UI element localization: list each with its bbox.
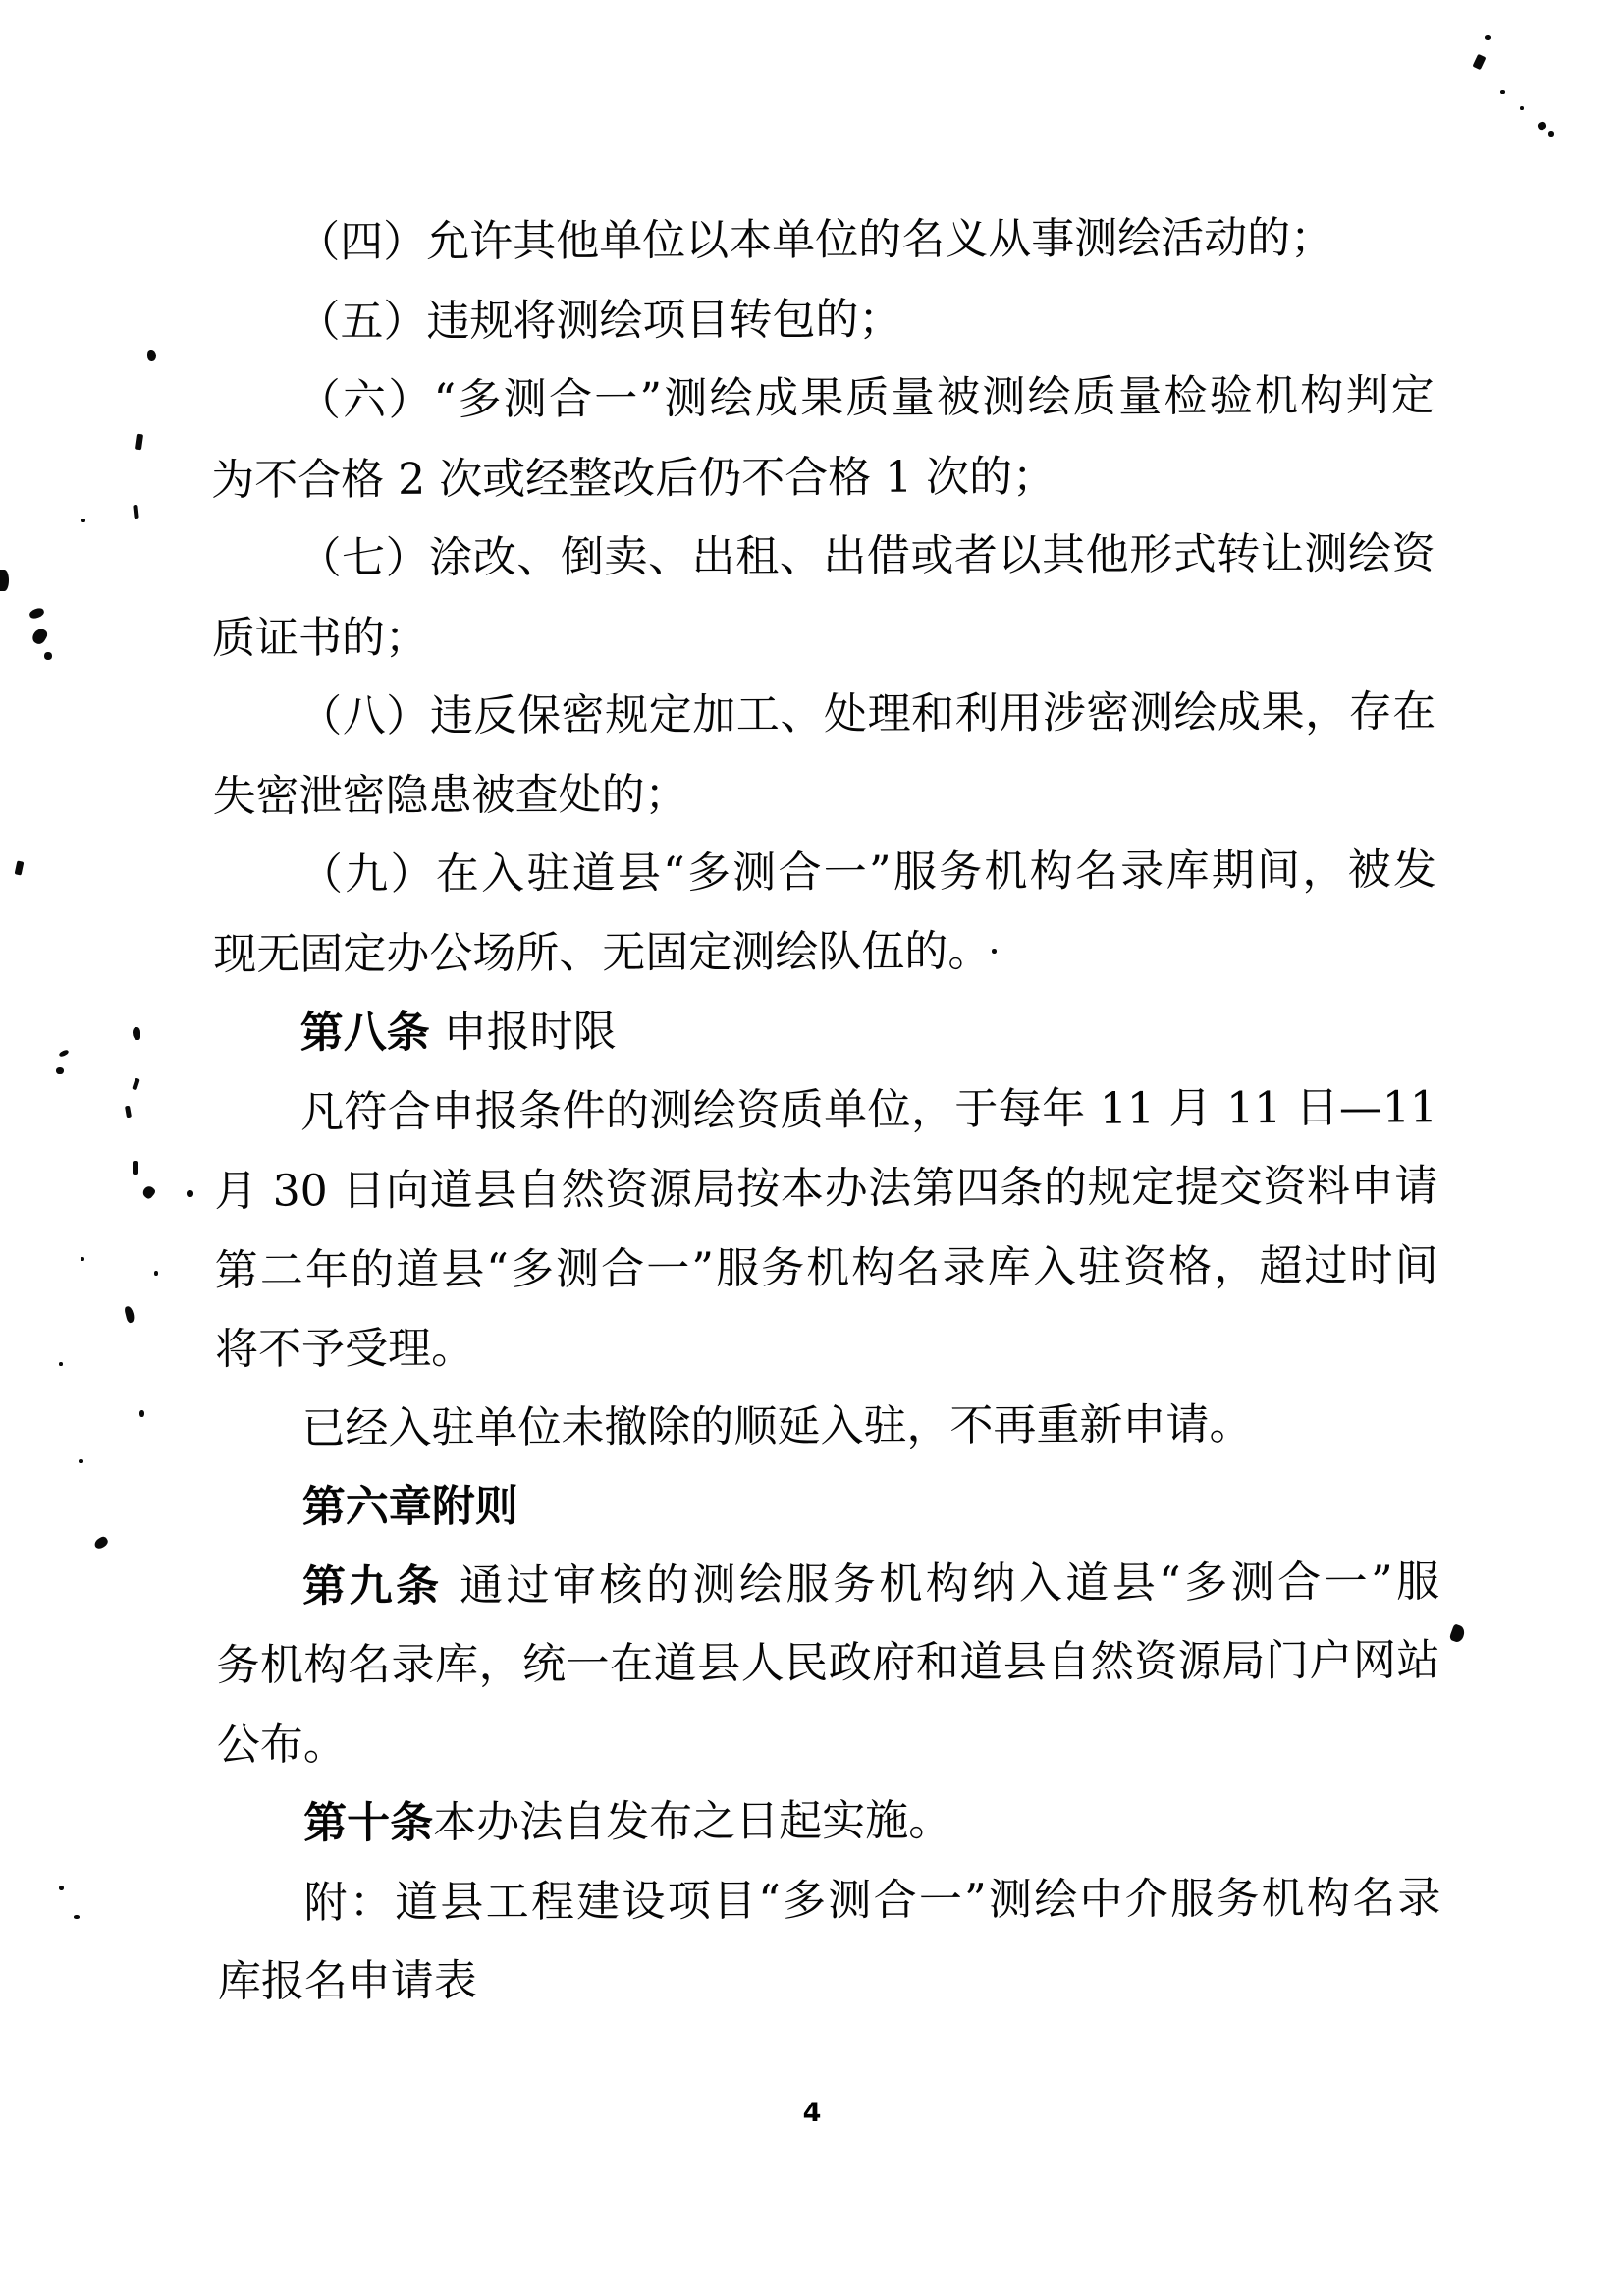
text-line-22: 附：道县工程建设项目“多测合一”测绘中介服务机构名录 (217, 1859, 1440, 1943)
text-line-23: 库报名申请表 (218, 1938, 1441, 2022)
scan-noise (133, 1027, 140, 1040)
scan-noise (44, 652, 52, 660)
scan-noise (125, 1106, 132, 1119)
scan-noise (15, 860, 25, 875)
text-line-15: 将不予受理。 (215, 1305, 1438, 1390)
scan-noise (187, 1190, 193, 1197)
scan-noise (81, 1257, 84, 1261)
text-line-6: 质证书的； (212, 594, 1435, 679)
scan-noise (1472, 54, 1486, 70)
text-line-16: 已经入驻单位未撤除的顺延入驻，不再重新申请。 (215, 1385, 1438, 1469)
text-line-2: （五）违规将测绘项目转包的； (210, 278, 1434, 362)
text-run: 公布。 (217, 1720, 347, 1771)
text-run-bold: 第六章附则 (302, 1481, 518, 1532)
text-run: 月 30 日向道县自然资源局按本办法第四条的规定提交资料申请 (214, 1161, 1437, 1216)
text-run: 附：道县工程建设项目“多测合一”测绘中介服务机构名录 (303, 1873, 1440, 1928)
scan-noise (1537, 121, 1547, 131)
text-line-12: 凡符合申报条件的测绘资质单位，于每年 11 月 11 日—11 (214, 1068, 1437, 1153)
scan-noise (132, 1078, 139, 1091)
text-run: （六）“多测合一”测绘成果质量被测绘质量检验机构判定 (298, 370, 1435, 425)
scan-noise (81, 519, 85, 522)
text-run: （五）违规将测绘项目转包的； (297, 294, 901, 347)
text-run: 务机构名录库，统一在道县人民政府和道县自然资源局门户网站 (216, 1635, 1439, 1690)
scan-noise (147, 350, 156, 361)
scan-noise (58, 1049, 69, 1058)
scan-noise (1500, 90, 1505, 94)
text-run: 申报时限 (430, 1007, 617, 1058)
scan-noise (1520, 106, 1524, 110)
text-line-7: （八）违反保密规定加工、处理和利用涉密测绘成果，存在 (212, 673, 1435, 757)
text-line-8: 失密泄密隐患被查处的； (212, 752, 1435, 837)
scan-noise (139, 1410, 144, 1417)
text-run: 库报名申请表 (218, 1956, 477, 2007)
text-line-21: 第十条本办法自发布之日起实施。 (217, 1779, 1440, 1864)
text-line-4: 为不合格 2 次或经整改后仍不合格 1 次的； (211, 436, 1435, 520)
scan-noise (1448, 1623, 1466, 1643)
scan-noise (1485, 35, 1491, 40)
scan-noise (135, 434, 143, 451)
scan-noise (1548, 131, 1554, 137)
scan-noise (154, 1271, 158, 1276)
text-line-5: （七）涂改、倒卖、出租、出借或者以其他形式转让测绘资 (211, 515, 1435, 599)
text-line-9: （九）在入驻道县“多测合一”服务机构名录库期间，被发 (213, 831, 1436, 915)
text-run: （四）允许其他单位以本单位的名义从事测绘活动的； (297, 213, 1333, 268)
text-run: 为不合格 2 次或经整改后仍不合格 1 次的； (211, 451, 1056, 505)
scan-noise (133, 505, 138, 519)
text-line-13: 月 30 日向道县自然资源局按本办法第四条的规定提交资料申请 (214, 1147, 1437, 1231)
text-run: 质证书的； (212, 612, 428, 663)
text-run-bold: 第九条 (302, 1560, 443, 1612)
text-line-18: 第九条 通过审核的测绘服务机构纳入道县“多测合一”服 (216, 1543, 1439, 1627)
text-run: 第二年的道县“多测合一”服务机构名录库入驻资格，超过时间 (215, 1240, 1438, 1295)
scan-noise (28, 607, 45, 621)
text-line-10: 现无固定办公场所、无固定测绘队伍的。 (213, 910, 1436, 995)
text-run: （七）涂改、倒卖、出租、出借或者以其他形式转让测绘资 (298, 528, 1435, 583)
text-line-1: （四）允许其他单位以本单位的名义从事测绘活动的； (210, 198, 1434, 283)
scan-noise (92, 1535, 109, 1551)
text-line-3: （六）“多测合一”测绘成果质量被测绘质量检验机构判定 (211, 356, 1435, 441)
text-line-11: 第八条 申报时限 (213, 989, 1436, 1073)
text-run: 现无固定办公场所、无固定测绘队伍的。 (213, 926, 991, 979)
text-line-17: 第六章附则 (216, 1463, 1439, 1548)
scan-noise (124, 1305, 135, 1323)
text-run: 本办法自发布之日起实施。 (433, 1795, 951, 1847)
text-run: 已经入驻单位未撤除的顺延入驻，不再重新申请。 (301, 1399, 1252, 1453)
text-run: （八）违反保密规定加工、处理和利用涉密测绘成果，存在 (298, 686, 1435, 741)
text-run: 凡符合申报条件的测绘资质单位，于每年 11 月 11 日—11 (300, 1082, 1437, 1137)
scan-noise (140, 1184, 156, 1200)
text-line-19: 务机构名录库，统一在道县人民政府和道县自然资源局门户网站 (216, 1621, 1439, 1706)
scan-noise (30, 627, 49, 646)
scan-noise (59, 1362, 63, 1366)
text-line-20: 公布。 (217, 1701, 1440, 1785)
scan-noise (133, 1161, 138, 1175)
text-run: 将不予受理。 (215, 1324, 474, 1375)
text-run-bold: 第十条 (303, 1798, 433, 1849)
page-number: 4 (0, 2098, 1624, 2128)
document-body: （四）允许其他单位以本单位的名义从事测绘活动的；（五）违规将测绘项目转包的；（六… (210, 198, 1441, 2022)
text-run: 通过审核的测绘服务机构纳入道县“多测合一”服 (442, 1557, 1439, 1611)
text-line-14: 第二年的道县“多测合一”服务机构名录库入驻资格，超过时间 (215, 1227, 1438, 1311)
scan-noise (59, 1886, 64, 1890)
scan-noise (56, 1067, 64, 1074)
scanned-document-page: （四）允许其他单位以本单位的名义从事测绘活动的；（五）违规将测绘项目转包的；（六… (0, 0, 1624, 2296)
scan-noise (79, 1459, 83, 1463)
scan-noise (0, 570, 9, 591)
text-run: （九）在入驻道县“多测合一”服务机构名录库期间，被发 (299, 845, 1436, 900)
scan-noise (74, 1915, 80, 1919)
text-run: 失密泄密隐患被查处的； (212, 769, 687, 821)
text-run-bold: 第八条 (300, 1008, 430, 1059)
